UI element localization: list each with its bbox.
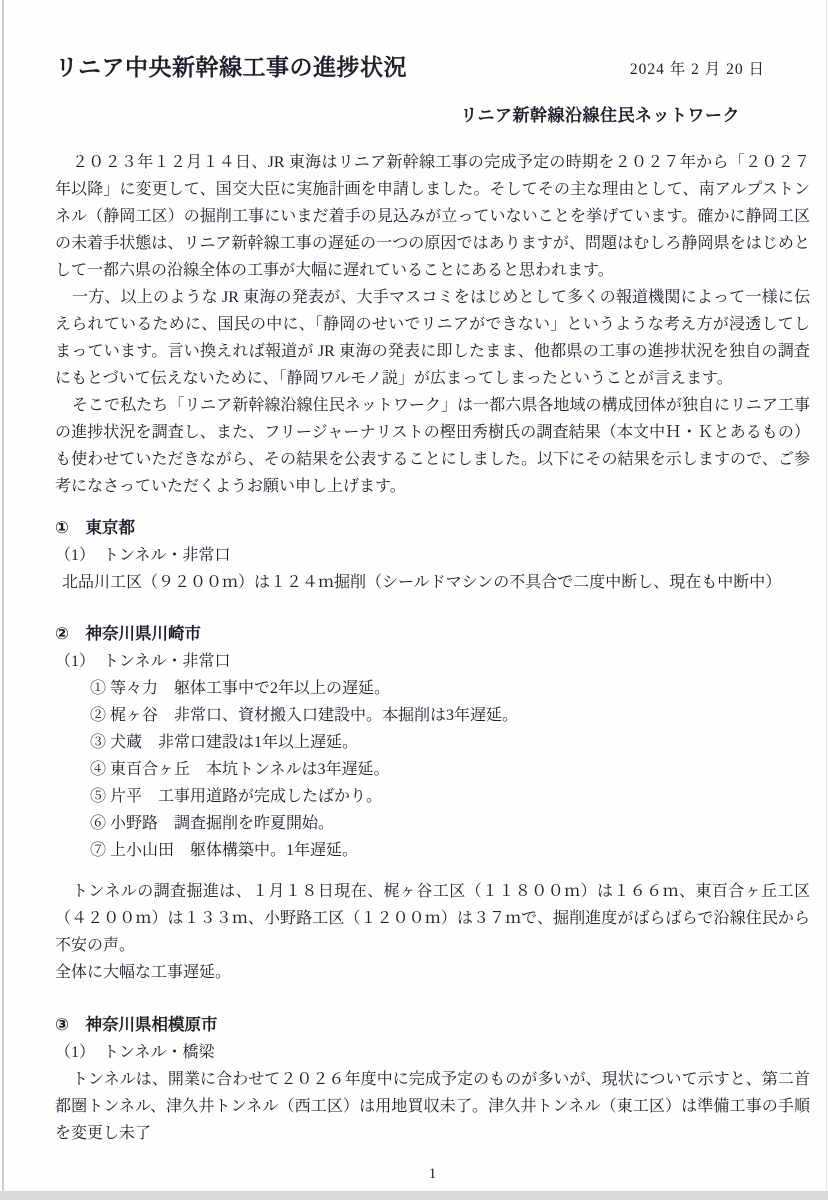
section-tokyo: ① 東京都 （1） トンネル・非常口 北品川工区（９２００ｍ）は１２４ｍ掘削（シ…: [55, 515, 810, 596]
page-bottom-edge: [0, 1191, 828, 1200]
list-item: ⑦ 上小山田 躯体構築中。1年遅延。: [90, 837, 810, 864]
intro-paragraph: 一方、以上のような JR 東海の発表が、大手マスコミをはじめとして多くの報道機関…: [55, 284, 810, 392]
document-title: リニア中央新幹線工事の進捗状況: [55, 52, 407, 82]
list-item: ① 等々力 躯体工事中で2年以上の遅延。: [90, 675, 810, 702]
page-left-edge: [2, 0, 4, 1200]
document-content: リニア中央新幹線工事の進捗状況 2024 年 2 月 20 日 リニア新幹線沿線…: [55, 0, 810, 1184]
note-paragraph: トンネルの調査掘進は、１月１８日現在、梶ヶ谷工区（１１８００ｍ）は１６６ｍ、東百…: [55, 878, 810, 959]
section-subheading: （1） トンネル・非常口: [55, 542, 810, 569]
site-status-list: ① 等々力 躯体工事中で2年以上の遅延。 ② 梶ヶ谷 非常口、資材搬入口建設中。…: [55, 675, 810, 864]
list-item: ⑥ 小野路 調査掘削を昨夏開始。: [90, 810, 810, 837]
section-body-line: 北品川工区（９２００ｍ）は１２４ｍ掘削（シールドマシンの不具合で二度中断し、現在…: [55, 569, 810, 596]
document-date: 2024 年 2 月 20 日: [630, 58, 765, 82]
intro-text: ２０２３年１２月１４日、JR 東海はリニア新幹線工事の完成予定の時期を２０２７年…: [55, 149, 810, 500]
list-item: ② 梶ヶ谷 非常口、資材搬入口建設中。本掘削は3年遅延。: [90, 702, 810, 729]
section-note: トンネルの調査掘進は、１月１８日現在、梶ヶ谷工区（１１８００ｍ）は１６６ｍ、東百…: [55, 878, 810, 986]
section-heading: ① 東京都: [55, 515, 810, 542]
note-paragraph: 全体に大幅な工事遅延。: [55, 959, 810, 986]
list-item: ③ 犬蔵 非常口建設は1年以上遅延。: [90, 729, 810, 756]
section-subheading: （1） トンネル・非常口: [55, 648, 810, 675]
section-sagamihara: ③ 神奈川県相模原市 （1） トンネル・橋梁 トンネルは、開業に合わせて２０２６…: [55, 1012, 810, 1147]
list-item: ⑤ 片平 工事用道路が完成したばかり。: [90, 783, 810, 810]
organization-name: リニア新幹線沿線住民ネットワーク: [55, 104, 810, 128]
intro-paragraph: ２０２３年１２月１４日、JR 東海はリニア新幹線工事の完成予定の時期を２０２７年…: [55, 149, 810, 284]
section-heading: ② 神奈川県川崎市: [55, 621, 810, 648]
page-right-edge: [826, 0, 827, 1200]
document-header: リニア中央新幹線工事の進捗状況 2024 年 2 月 20 日: [55, 0, 810, 82]
section-heading: ③ 神奈川県相模原市: [55, 1012, 810, 1039]
list-item: ④ 東百合ヶ丘 本坑トンネルは3年遅延。: [90, 756, 810, 783]
section-body-line: トンネルは、開業に合わせて２０２６年度中に完成予定のものが多いが、現状について示…: [55, 1066, 810, 1147]
section-subheading: （1） トンネル・橋梁: [55, 1039, 810, 1066]
document-page: リニア中央新幹線工事の進捗状況 2024 年 2 月 20 日 リニア新幹線沿線…: [0, 0, 828, 1200]
intro-paragraph: そこで私たち「リニア新幹線沿線住民ネットワーク」は一都六県各地域の構成団体が独自…: [55, 392, 810, 500]
page-number: 1: [55, 1164, 810, 1184]
section-kawasaki: ② 神奈川県川崎市 （1） トンネル・非常口 ① 等々力 躯体工事中で2年以上の…: [55, 621, 810, 986]
